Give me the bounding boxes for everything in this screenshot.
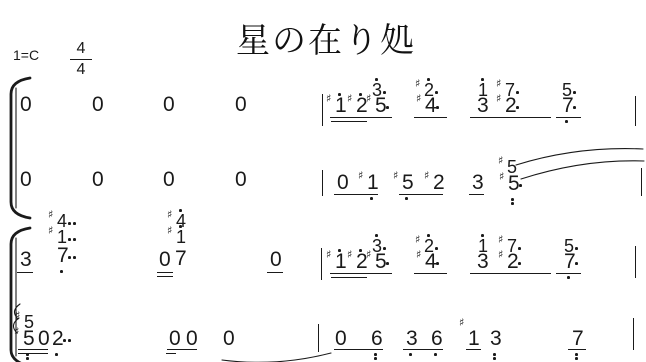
octave-dot-high <box>427 234 430 237</box>
rest-digit: 0 <box>92 169 104 190</box>
sharp-icon: ♯ <box>416 93 421 104</box>
note-digit: 5 <box>402 172 414 193</box>
octave-dot-high <box>359 249 362 252</box>
barline <box>635 96 636 126</box>
rest-digit: 0 <box>20 94 32 115</box>
sharp-icon: ♯ <box>424 170 429 181</box>
rest-digit: 0 <box>235 169 247 190</box>
rest-digit: 0 <box>163 94 175 115</box>
duration-dot <box>435 91 438 94</box>
rest-digit: 0 <box>235 94 247 115</box>
duration-dot <box>73 256 76 259</box>
slur-bottom <box>222 353 331 362</box>
barline <box>322 170 323 196</box>
octave-dot-high <box>427 78 430 81</box>
duration-dot <box>386 262 389 265</box>
beam-line <box>157 276 173 277</box>
note-digit: 3 <box>406 328 418 349</box>
beam-line <box>267 272 283 273</box>
octave-dot-high <box>375 234 378 237</box>
beam-line <box>166 353 176 354</box>
sharp-icon: ♯ <box>415 78 420 89</box>
note-digit: 6 <box>431 328 443 349</box>
octave-dot-high <box>179 225 182 228</box>
octave-dot-high <box>179 209 182 212</box>
sharp-icon: ♯ <box>366 249 371 260</box>
duration-dot <box>573 91 576 94</box>
rest-digit: 0 <box>20 169 32 190</box>
note-digit: 7 <box>57 245 69 266</box>
rest-digit: 0 <box>92 94 104 115</box>
sharp-icon: ♯ <box>167 209 172 220</box>
beam-line <box>157 272 173 273</box>
note-digit: 3 <box>20 249 32 270</box>
sharp-icon: ♯ <box>459 317 464 328</box>
sharp-icon: ♯ <box>14 326 19 337</box>
note-digit: 5 <box>562 81 572 99</box>
octave-dot-low <box>567 276 570 279</box>
octave-dot-low <box>409 353 412 356</box>
octave-dot-high <box>481 78 484 81</box>
beam-line <box>334 194 378 195</box>
beam-line <box>466 349 481 350</box>
sharp-icon: ♯ <box>358 170 363 181</box>
duration-dot <box>383 91 386 94</box>
beam-line <box>331 121 367 122</box>
note-digit: 1 <box>176 228 186 246</box>
sharp-icon: ♯ <box>498 234 503 245</box>
octave-dot-low <box>493 353 496 356</box>
beam-line <box>17 272 33 273</box>
duration-dot <box>435 247 438 250</box>
barline <box>322 94 323 126</box>
note-digit: 1 <box>367 172 379 193</box>
rest-digit: 0 <box>335 328 347 349</box>
octave-dot-low <box>26 357 29 360</box>
tie-lower <box>521 161 644 179</box>
rest-digit: 0 <box>270 249 282 270</box>
note-digit: 2 <box>424 237 434 255</box>
sharp-icon: ♯ <box>416 249 421 260</box>
note-digit: 2 <box>424 81 434 99</box>
octave-dot-low <box>575 353 578 356</box>
note-digit: 3 <box>372 81 382 99</box>
note-digit: 7 <box>505 81 515 99</box>
barline <box>321 248 322 280</box>
barline <box>633 318 634 350</box>
note-digit: 2 <box>433 172 445 193</box>
duration-dot <box>436 106 439 109</box>
note-digit: 1 <box>335 95 347 116</box>
note-digit: 1 <box>478 81 488 99</box>
beam-line <box>330 273 392 274</box>
beam-line <box>330 117 392 118</box>
duration-dot <box>575 247 578 250</box>
sharp-icon: ♯ <box>326 249 331 260</box>
note-digit: 7 <box>507 237 517 255</box>
note-digit: 7 <box>175 248 187 269</box>
note-digit: 1 <box>335 251 347 272</box>
duration-dot <box>575 262 578 265</box>
sharp-icon: ♯ <box>496 78 501 89</box>
rest-digit: 0 <box>186 328 198 349</box>
rest-digit: 0 <box>38 328 50 349</box>
octave-dot-high <box>338 249 341 252</box>
note-digit: 3 <box>372 237 382 255</box>
duration-dot <box>386 106 389 109</box>
octave-dot-low <box>370 197 373 200</box>
octave-dot-low <box>493 357 496 360</box>
beam-line <box>414 117 447 118</box>
octave-dot-low <box>55 353 58 356</box>
rest-digit: 0 <box>169 328 181 349</box>
note-digit: 6 <box>371 328 383 349</box>
tie-upper <box>516 149 643 165</box>
beam-line <box>568 349 586 350</box>
beam-line <box>331 277 367 278</box>
rest-digit: 0 <box>159 249 171 270</box>
beam-line <box>556 273 581 274</box>
note-digit: 5 <box>564 237 574 255</box>
duration-dot <box>516 106 519 109</box>
duration-dot <box>519 184 522 187</box>
rest-digit: 0 <box>223 328 235 349</box>
score-page: 1=C 4 4 星の在り処 00001♯2♯5♯34♯2♯312♯7♯75000… <box>0 0 646 362</box>
beam-line <box>414 273 447 274</box>
octave-dot-low <box>511 198 514 201</box>
rest-digit: 0 <box>337 172 349 193</box>
octave-dot-high <box>481 234 484 237</box>
beam-line <box>470 117 551 118</box>
beam-line <box>167 349 197 350</box>
duration-dot <box>516 91 519 94</box>
duration-dot <box>68 339 71 342</box>
beam-line <box>334 349 383 350</box>
duration-dot <box>73 222 76 225</box>
note-digit: 5 <box>508 173 520 194</box>
sharp-icon: ♯ <box>48 209 53 220</box>
octave-dot-high <box>359 93 362 96</box>
barline <box>641 168 642 196</box>
note-digit: 7 <box>572 328 584 349</box>
rest-digit: 0 <box>163 169 175 190</box>
octave-dot-low <box>565 120 568 123</box>
duration-dot <box>518 262 521 265</box>
duration-dot <box>573 106 576 109</box>
beam-line <box>18 349 48 350</box>
note-digit: 1 <box>478 237 488 255</box>
duration-dot <box>68 238 71 241</box>
barline <box>635 246 636 278</box>
duration-dot <box>436 262 439 265</box>
sharp-icon: ♯ <box>326 93 331 104</box>
sharp-icon: ♯ <box>498 155 503 166</box>
beam-line <box>403 349 443 350</box>
duration-dot <box>383 247 386 250</box>
beam-line <box>18 353 48 354</box>
octave-dot-low <box>374 357 377 360</box>
octave-dot-low <box>511 202 514 205</box>
barline <box>318 324 319 352</box>
note-digit: 3 <box>490 328 502 349</box>
note-digit: 3 <box>472 172 484 193</box>
duration-dot <box>63 339 66 342</box>
beam-line <box>470 273 551 274</box>
octave-dot-low <box>374 353 377 356</box>
octave-dot-low <box>434 353 437 356</box>
duration-dot <box>68 222 71 225</box>
sharp-icon: ♯ <box>366 93 371 104</box>
octave-dot-low <box>575 357 578 360</box>
octave-dot-low <box>405 197 408 200</box>
duration-dot <box>518 247 521 250</box>
beam-line <box>399 194 443 195</box>
octave-dot-high <box>375 78 378 81</box>
sharp-icon: ♯ <box>347 93 352 104</box>
sharp-icon: ♯ <box>498 249 503 260</box>
sharp-icon: ♯ <box>499 171 504 182</box>
note-digit: 5 <box>23 328 35 349</box>
octave-dot-low <box>60 270 63 273</box>
beam-line <box>469 194 484 195</box>
octave-dot-high <box>338 93 341 96</box>
duration-dot <box>68 256 71 259</box>
note-digit: 2 <box>52 328 64 349</box>
beam-line <box>556 117 581 118</box>
sharp-icon: ♯ <box>167 225 172 236</box>
sharp-icon: ♯ <box>496 93 501 104</box>
sharp-icon: ♯ <box>15 310 20 321</box>
sharp-icon: ♯ <box>347 249 352 260</box>
sharp-icon: ♯ <box>393 170 398 181</box>
sharp-icon: ♯ <box>48 225 53 236</box>
note-digit: 1 <box>468 328 480 349</box>
duration-dot <box>73 238 76 241</box>
sharp-icon: ♯ <box>415 234 420 245</box>
